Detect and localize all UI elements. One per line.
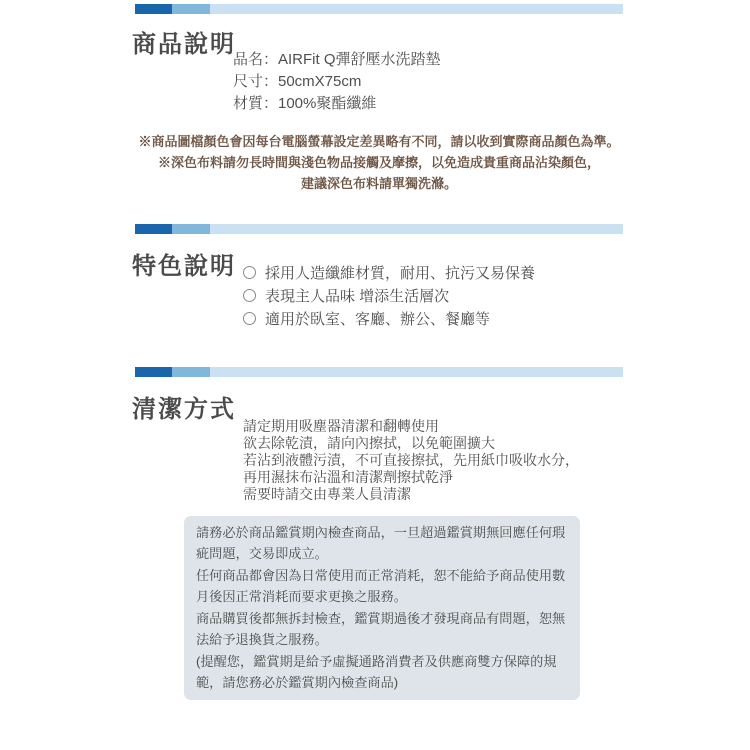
product-section-title: 商品說明 bbox=[132, 30, 236, 60]
accent-bar-light-segment bbox=[210, 4, 623, 14]
cleaning-line: 再用濕抹布沾溫和清潔劑擦拭乾淨 bbox=[243, 469, 579, 486]
disclaimer-line: ※商品圖檔顏色會因每台電腦螢幕設定差異略有不同，請以收到實際商品顏色為準。 bbox=[135, 131, 623, 152]
accent-bar-dark-segment bbox=[135, 4, 172, 14]
product-details: 品名：AIRFit Q彈舒壓水洗踏墊 尺寸：50cmX75cm 材質：100%聚… bbox=[233, 49, 441, 115]
cleaning-line: 若沾到液體污漬，不可直接擦拭，先用紙巾吸收水分， bbox=[243, 452, 579, 469]
inspection-policy-notice-box: 請務必於商品鑑賞期內檢查商品，一旦超過鑑賞期無回應任何瑕疵問題，交易即成立。 任… bbox=[184, 516, 580, 700]
product-detail-material: 材質：100%聚酯纖維 bbox=[233, 93, 441, 115]
cleaning-line: 需要時請交由專業人員清潔 bbox=[243, 486, 579, 503]
notice-paragraph: 任何商品都會因為日常使用而正常消耗，恕不能給予商品使用數月後因正常消耗而要求更換… bbox=[196, 566, 568, 607]
section-accent-bar bbox=[135, 224, 623, 234]
accent-bar-mid-segment bbox=[172, 224, 210, 234]
accent-bar-light-segment bbox=[210, 224, 623, 234]
cleaning-section-title: 清潔方式 bbox=[132, 395, 236, 425]
circle-bullet-icon bbox=[243, 266, 256, 279]
notice-paragraph: 請務必於商品鑑賞期內檢查商品，一旦超過鑑賞期無回應任何瑕疵問題，交易即成立。 bbox=[196, 523, 568, 564]
feature-item: 表現主人品味 增添生活層次 bbox=[243, 285, 535, 305]
feature-item: 採用人造纖維材質，耐用、抗污又易保養 bbox=[243, 262, 535, 282]
circle-bullet-icon bbox=[243, 289, 256, 302]
cleaning-instructions: 請定期用吸塵器清潔和翻轉使用 欲去除乾漬，請向內擦拭，以免範圍擴大 若沾到液體污… bbox=[243, 418, 579, 503]
color-disclaimer: ※商品圖檔顏色會因每台電腦螢幕設定差異略有不同，請以收到實際商品顏色為準。 ※深… bbox=[135, 131, 623, 194]
notice-paragraph: 商品購買後都無拆封檢查，鑑賞期過後才發現商品有問題，恕無法給予退換貨之服務。 bbox=[196, 609, 568, 650]
section-accent-bar bbox=[135, 4, 623, 14]
accent-bar-mid-segment bbox=[172, 4, 210, 14]
feature-item: 適用於臥室、客廳、辦公、餐廳等 bbox=[243, 308, 535, 328]
cleaning-line: 欲去除乾漬，請向內擦拭，以免範圍擴大 bbox=[243, 435, 579, 452]
accent-bar-dark-segment bbox=[135, 224, 172, 234]
product-detail-size: 尺寸：50cmX75cm bbox=[233, 71, 441, 93]
disclaimer-line: ※深色布料請勿長時間與淺色物品接觸及摩擦，以免造成貴重商品沾染顏色， bbox=[135, 152, 623, 173]
section-accent-bar bbox=[135, 367, 623, 377]
disclaimer-line: 建議深色布料請單獨洗滌。 bbox=[135, 173, 623, 194]
accent-bar-mid-segment bbox=[172, 367, 210, 377]
product-detail-name: 品名：AIRFit Q彈舒壓水洗踏墊 bbox=[233, 49, 441, 71]
features-section-title: 特色說明 bbox=[132, 252, 236, 282]
feature-item-label: 採用人造纖維材質，耐用、抗污又易保養 bbox=[265, 262, 535, 283]
accent-bar-dark-segment bbox=[135, 367, 172, 377]
feature-item-label: 表現主人品味 增添生活層次 bbox=[265, 285, 449, 306]
product-description-page: 商品說明 品名：AIRFit Q彈舒壓水洗踏墊 尺寸：50cmX75cm 材質：… bbox=[0, 0, 750, 750]
features-list: 採用人造纖維材質，耐用、抗污又易保養 表現主人品味 增添生活層次 適用於臥室、客… bbox=[243, 262, 535, 331]
feature-item-label: 適用於臥室、客廳、辦公、餐廳等 bbox=[265, 308, 490, 329]
notice-paragraph: (提醒您，鑑賞期是給予虛擬通路消費者及供應商雙方保障的規範，請您務必於鑑賞期內檢… bbox=[196, 652, 568, 693]
accent-bar-light-segment bbox=[210, 367, 623, 377]
circle-bullet-icon bbox=[243, 312, 256, 325]
cleaning-line: 請定期用吸塵器清潔和翻轉使用 bbox=[243, 418, 579, 435]
